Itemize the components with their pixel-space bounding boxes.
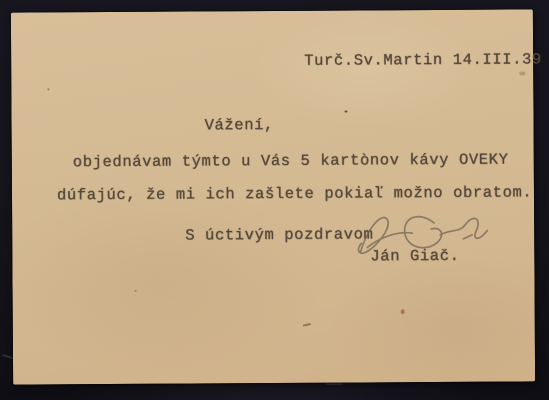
dateline: Turč.Sv.Martin 14.III.39 [304, 49, 542, 70]
handwritten-signature [346, 204, 492, 267]
paper-speck [519, 71, 525, 75]
body-line-2: dúfajúc, že mi ich zašlete pokiaľ možno … [57, 182, 532, 205]
salutation: Vážení, [205, 115, 274, 135]
scan-scratch [325, 383, 343, 385]
paper-speck [401, 309, 405, 314]
paper-speck [47, 88, 49, 90]
paper-speck [135, 290, 137, 292]
paper-speck [303, 323, 311, 326]
postcard-scan: Turč.Sv.Martin 14.III.39 Vážení, objedná… [11, 9, 535, 384]
body-line-1: objednávam týmto u Vás 5 kartònov kávy O… [73, 150, 509, 173]
closing: S úctivým pozdravom [185, 224, 373, 245]
paper-speck [344, 111, 347, 113]
